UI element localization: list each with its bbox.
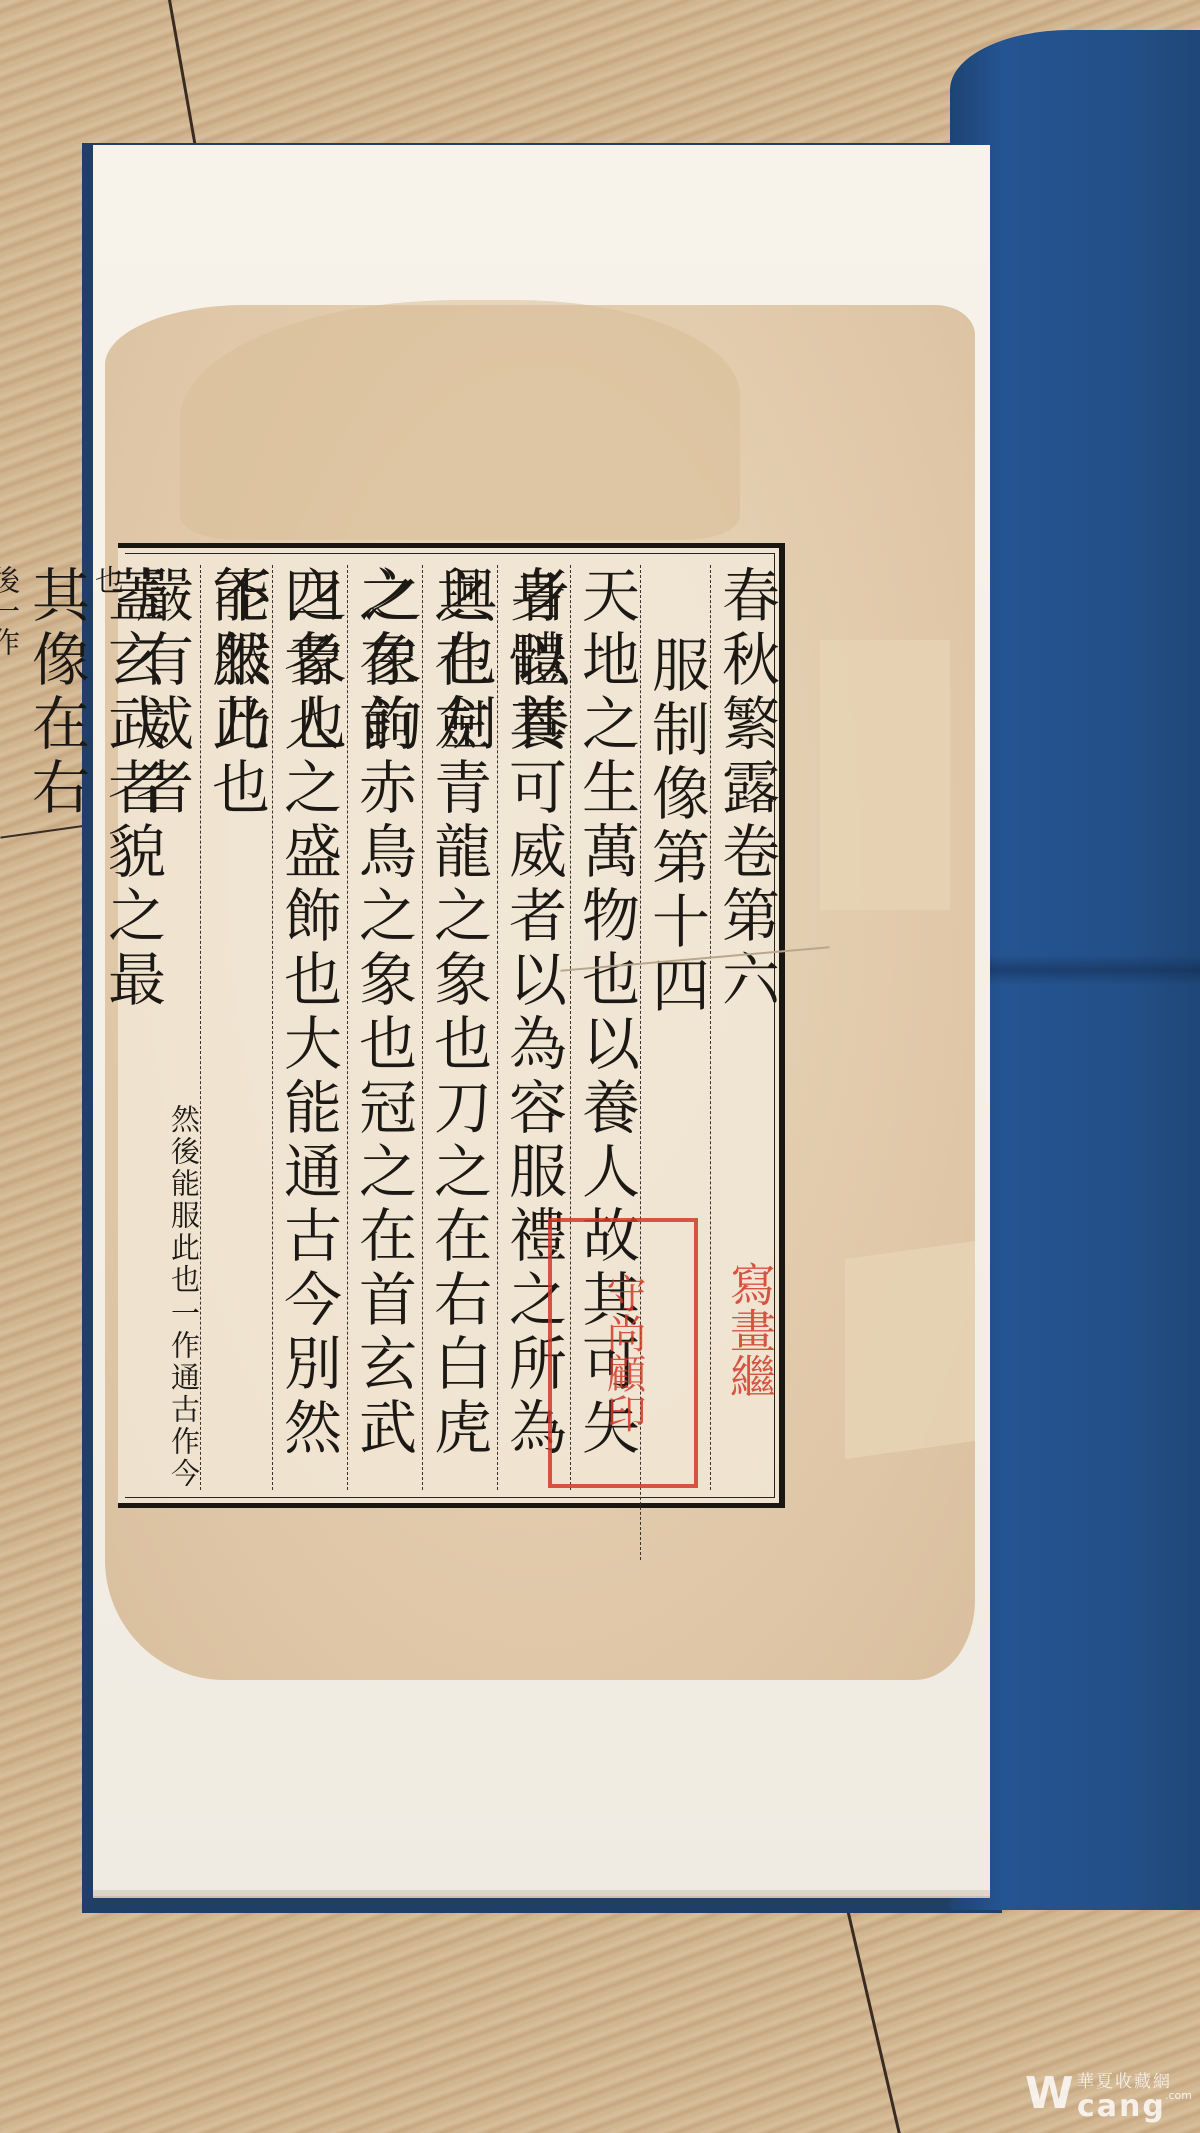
text-column-4: 之在前赤鳥之象也冠之在首玄武之象也: [347, 565, 418, 1490]
text-column-7: 嚴有威者 也 其像在右 後一作 其服反居首武: [125, 565, 195, 1490]
red-seal-stamp: 守尚顧印: [548, 1218, 698, 1488]
watermark-suffix: .com: [1165, 2089, 1192, 2102]
column-text: 其像在右: [21, 565, 91, 1490]
paper-mend: [820, 640, 950, 910]
column-text: 之在前赤鳥之象也冠之在首玄武之象也: [348, 565, 418, 1490]
text-column-6: 能服此也 一作通古作今 然後能服此也 蓋玄武者貌之最: [200, 565, 271, 1490]
site-watermark: W 華夏收藏網 cang .com: [1025, 2065, 1195, 2125]
column-text: 能服此也: [201, 565, 271, 1490]
paper-mend: [845, 1241, 975, 1459]
text-column-3: 之在左青龍之象也刀之在右白虎之象鉤: [422, 565, 493, 1490]
watermark-latin: cang: [1077, 2089, 1166, 2124]
red-seal-stamp: 寫畫繼: [710, 1185, 790, 1475]
seal-text: 守尚顧印: [601, 1273, 645, 1433]
column-text: 嚴有威者: [125, 565, 195, 1490]
floor-seam: [845, 1904, 902, 2133]
annotation-text: 後一作: [0, 565, 21, 1490]
floor-seam: [168, 0, 197, 148]
watermark-logo-icon: W: [1025, 2065, 1067, 2123]
column-text: 之在左青龍之象也刀之在右白虎之象鉤: [423, 565, 493, 1490]
seal-text: 寫畫繼: [728, 1261, 772, 1399]
column-text: 四者人之盛飾也大能通古今別然不然乃: [273, 565, 343, 1490]
text-column-5: 四者人之盛飾也大能通古今別然不然乃: [272, 565, 343, 1490]
annotation-text: 也: [91, 565, 125, 1490]
title-text: 春秋繁露卷第六: [711, 565, 781, 1013]
aged-paper-stain: [180, 300, 740, 540]
